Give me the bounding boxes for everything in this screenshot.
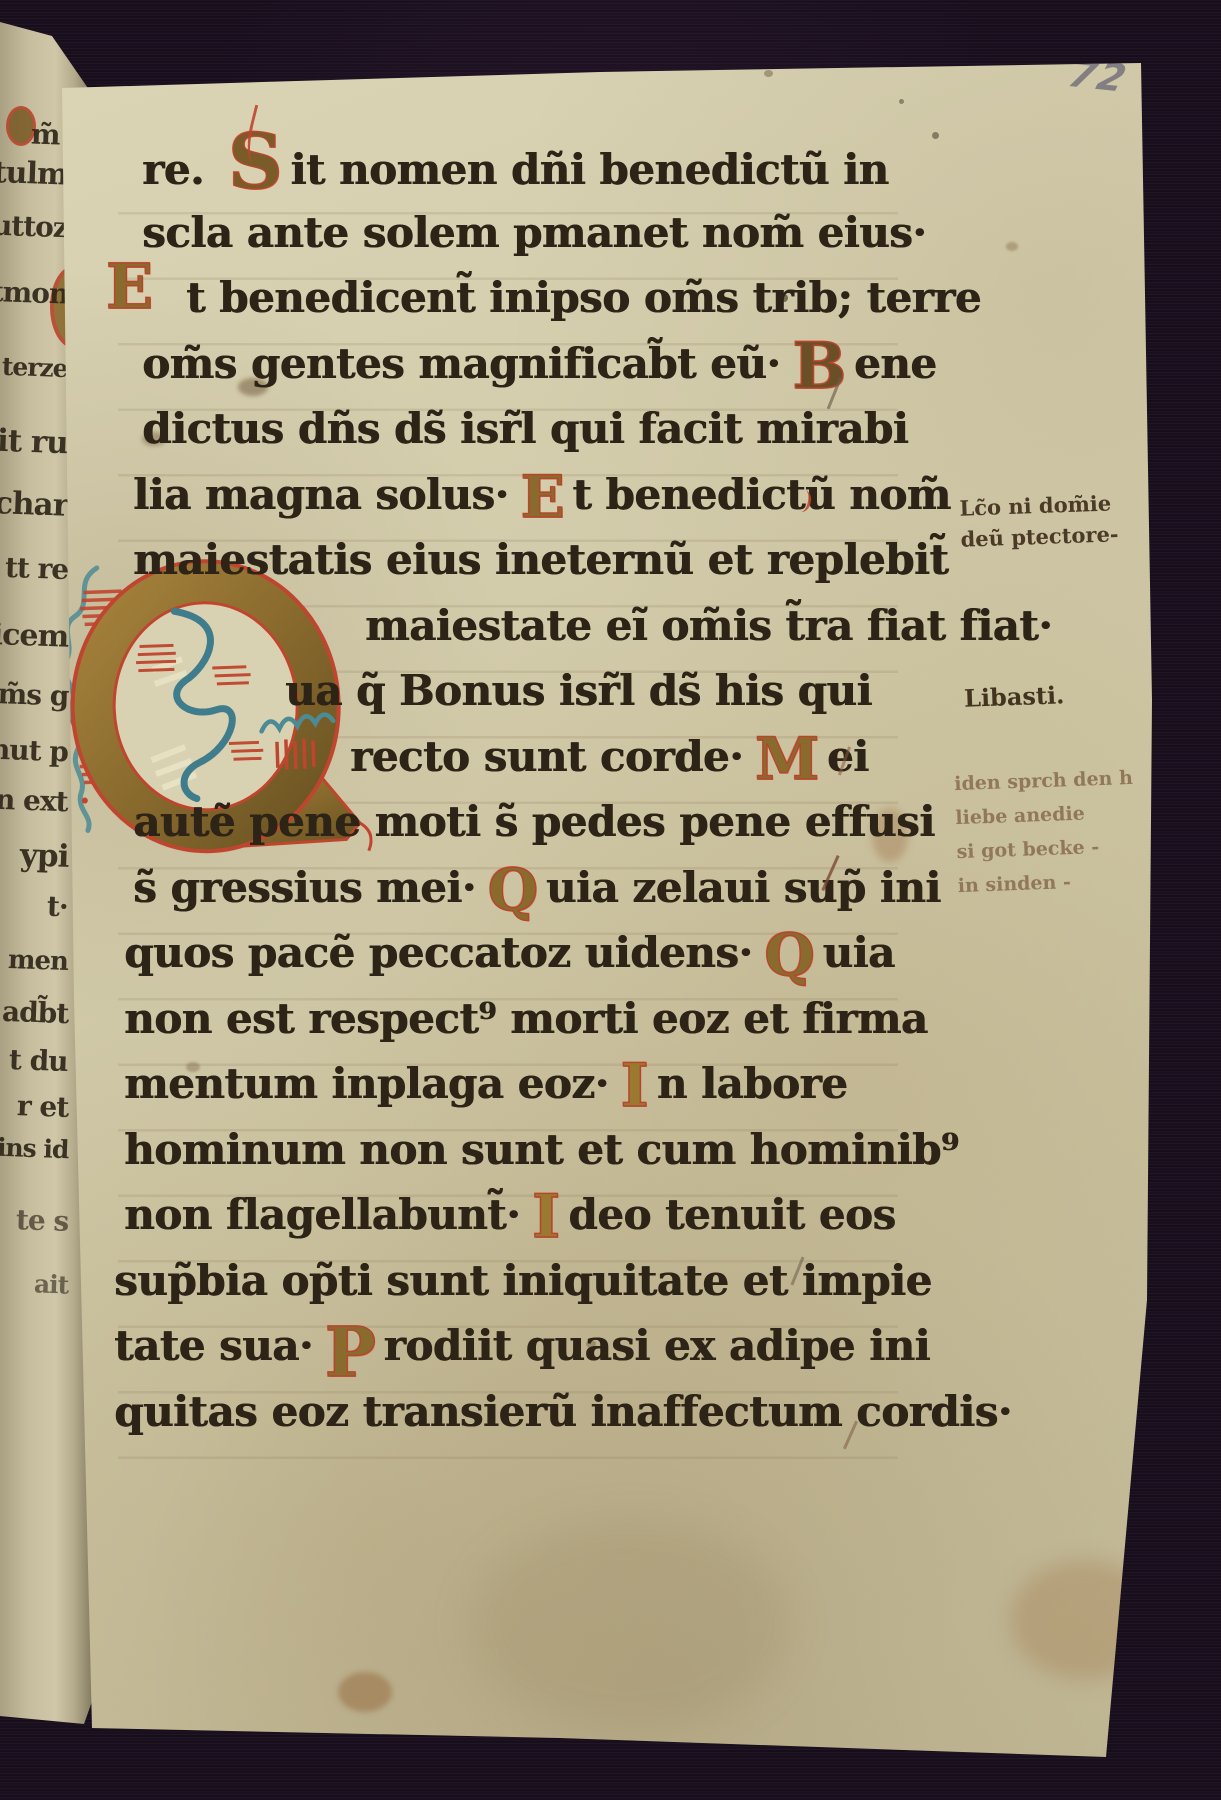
text-line: om̃s gentes magnificab̃t eũ·Bene [142, 339, 928, 405]
line-text: s̃ gressius mei· [133, 863, 476, 912]
illuminated-initial-m: M [755, 739, 819, 779]
line-text: hominum non sunt et cum hominib⁹ [124, 1125, 959, 1174]
parchment-stain [338, 1672, 392, 1712]
line-text: om̃s gentes magnificab̃t eũ· [142, 339, 780, 388]
margin-note-line: in sinden - [957, 863, 1137, 903]
text-line: quitas eoz transierũ inaffectum cordis· [114, 1387, 928, 1453]
line-text: recto sunt corde· [350, 732, 743, 781]
line-text: lia magna solus· [133, 470, 509, 519]
text-line: s̃ gressius mei·Quia zelaui sup̃ ini [133, 863, 928, 929]
illuminated-initial-e: E [521, 477, 565, 517]
margin-note-line: iden sprch den h [954, 761, 1134, 801]
page-edge-text-fragment: tt re [4, 551, 68, 586]
margin-note-libasti: Libasti. [964, 680, 1065, 712]
parchment-stain [932, 132, 939, 139]
page-edge-text-fragment: ait [33, 1269, 68, 1299]
illuminated-initial-i: I [621, 1066, 649, 1106]
page-edge-text-fragment: uttoz [0, 209, 69, 245]
line-text: maiestate eĩ om̃is t̃ra fiat fiat· [365, 601, 1052, 650]
page-edge-text-fragment: hicem [0, 616, 69, 654]
page-edge-text-fragment: n ext [0, 783, 69, 819]
parchment-stain [1006, 242, 1018, 251]
illuminated-initial-p: P [325, 1333, 376, 1373]
line-text: maiestatis eius ineternũ et replebit̃ [133, 535, 948, 584]
line-text: uia zelaui sup̃ ini [546, 863, 941, 912]
line-text: re. [142, 145, 204, 194]
page-edge-text-fragment: it ru [0, 423, 69, 461]
text-line: recto sunt corde·Mei [133, 732, 928, 798]
text-line: quos pacẽ peccatoz uidens·Quia [124, 928, 928, 994]
manuscript-photo: m̃ stulm uttoz stmon s m̃ terze it ru s … [0, 0, 1221, 1800]
page-edge-text-fragment: t du [9, 1043, 69, 1078]
page-edge-text-fragment: te s [15, 1203, 68, 1238]
margin-note-latin: Lc̃o ni dom̃ie deũ ptectore- [959, 487, 1119, 554]
line-text: non est respect⁹ morti eoz et firma [124, 994, 928, 1043]
line-text: uia [822, 928, 894, 977]
page-edge-text-fragment: s char [0, 484, 69, 523]
text-line: sup̃bia op̃ti sunt iniquitate et impie [114, 1256, 928, 1322]
line-text: quos pacẽ peccatoz uidens· [124, 928, 752, 977]
line-text: autẽ pene moti s̃ pedes pene effusi [133, 797, 935, 846]
line-text: sup̃bia op̃ti sunt iniquitate et impie [114, 1256, 932, 1305]
text-line: non flagellabunt̃·Ideo tenuit eos [124, 1190, 928, 1256]
page-edge-text-fragment: nut p [0, 733, 69, 769]
folio-number: 72 [1064, 52, 1133, 101]
text-line: scla ante solem pmanet nom̃ eius· [142, 208, 928, 274]
line-text: rodiit quasi ex adipe ini [384, 1321, 930, 1370]
line-text: tate sua· [114, 1321, 313, 1370]
page-edge-text-fragment: stulm [0, 154, 69, 192]
text-line: ua q̃ Bonus isr̃l ds̃ his qui [133, 666, 928, 732]
psalm-text-block: re.Sit nomen dñi benedictũ in scla ante … [128, 142, 928, 1452]
parchment-stain [470, 1520, 790, 1730]
text-line: dictus dñs ds̃ isr̃l qui facit mirabi [142, 404, 928, 470]
text-line: maiestate eĩ om̃is t̃ra fiat fiat· [133, 601, 928, 667]
line-text: n labore [657, 1059, 848, 1108]
line-text: it nomen dñi benedictũ in [290, 145, 888, 194]
text-line: autẽ pene moti s̃ pedes pene effusi [133, 797, 928, 863]
illuminated-initial-e: E [106, 267, 153, 307]
illuminated-initial-q: Q [488, 870, 538, 910]
page-edge-text-fragment: men [8, 945, 69, 977]
page-edge-text-fragment: adb̃t [1, 995, 68, 1030]
page-edge-text-fragment: m̃ [31, 118, 61, 152]
line-text: non flagellabunt̃· [124, 1190, 520, 1239]
page-edge-text-fragment: t· [47, 890, 69, 924]
illuminated-initial-i: I [532, 1197, 560, 1237]
line-text: ua q̃ Bonus isr̃l ds̃ his qui [285, 666, 872, 715]
page-edge-text-fragment: s m̃ terze [0, 350, 68, 383]
line-text: scla ante solem pmanet nom̃ eius· [142, 208, 926, 257]
text-line: hominum non sunt et cum hominib⁹ [124, 1125, 928, 1191]
line-text: quitas eoz transierũ inaffectum cordis· [114, 1387, 1012, 1436]
page-edge-text-fragment: om̃s g [0, 676, 69, 712]
line-text: t benedictũ nom̃ [572, 470, 950, 519]
text-line: non est respect⁹ morti eoz et firma [124, 994, 928, 1060]
page-edge-text-fragment: ins id [0, 1133, 68, 1164]
line-text: t benedicent̃ inipso om̃s trib; terre [186, 273, 981, 322]
margin-note-line: deũ ptectore- [960, 518, 1119, 554]
text-line: tate sua·Prodiit quasi ex adipe ini [114, 1321, 928, 1387]
manuscript-page: 72 Q [0, 0, 1221, 1800]
text-line: maiestatis eius ineternũ et replebit̃ [133, 535, 928, 601]
margin-note-german: iden sprch den h liebe anedie si got bec… [954, 761, 1137, 903]
page-edge-text-fragment: r et [16, 1089, 68, 1124]
line-text: deo tenuit eos [568, 1190, 895, 1239]
text-line: mentum inplaga eoz·In labore [124, 1059, 928, 1125]
line-text: ene [854, 339, 936, 388]
parchment-stain [1010, 1560, 1160, 1680]
line-text: mentum inplaga eoz· [124, 1059, 609, 1108]
illuminated-initial-q: Q [764, 935, 814, 975]
parchment-stain [899, 99, 904, 104]
line-text: dictus dñs ds̃ isr̃l qui facit mirabi [142, 404, 908, 453]
parchment-stain [764, 70, 773, 77]
page-edge-text-fragment: ypi [19, 837, 69, 875]
page-edge-text-fragment: stmon [0, 274, 69, 310]
